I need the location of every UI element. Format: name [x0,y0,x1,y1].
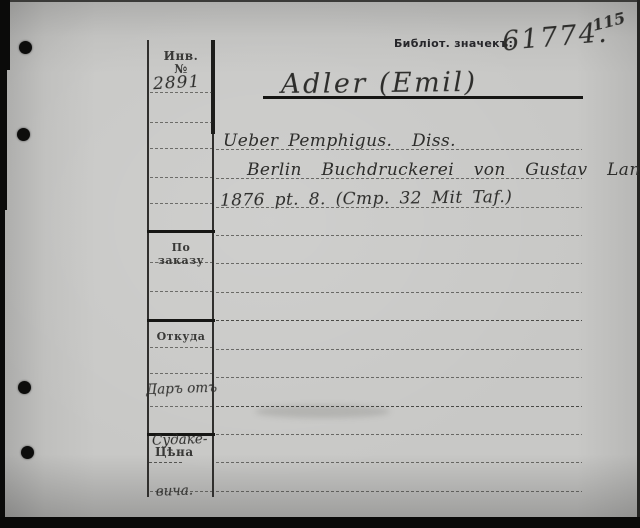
section-divider-bar [147,230,215,233]
ruled-line [150,122,212,123]
scan-edge-left [0,0,5,528]
scanned-catalog-card: 115 Библіот. значекъ: 61774. Adler (Emil… [0,0,640,528]
ruled-line [216,491,582,492]
ruled-line [216,178,582,179]
origin-note-line: Даръ отъ [146,380,213,399]
hole-punch [17,128,30,141]
hole-punch [19,41,32,54]
library-stamp-number: 61774. [501,17,610,57]
ruled-line [150,491,212,492]
origin-label: Откуда [148,330,214,343]
price-label: Цѣна [155,445,194,459]
ruled-line [150,203,212,204]
ruled-line [216,434,582,435]
section-divider-bar [147,319,215,322]
ink-smudge [255,405,390,418]
hole-punch [18,381,31,394]
ruled-line [150,148,212,149]
ruled-line [150,177,212,178]
inventory-label: Инв. [148,49,214,63]
order-label: По заказу [148,241,214,267]
ruled-line [216,149,582,150]
ruled-line [216,207,582,208]
ruled-line [150,291,212,292]
title-underline [263,96,583,99]
ruled-line [150,406,212,407]
ruled-line [150,92,212,93]
ruled-line [150,347,212,348]
ruled-line [149,462,183,463]
ruled-line [150,262,212,263]
scan-edge-top [0,0,640,2]
ruled-line [216,292,582,293]
library-stamp-label: Библіот. значекъ: [394,37,513,50]
scan-edge-bottom [0,517,640,528]
ruled-line [216,377,582,378]
ruled-line [216,462,582,463]
ruled-line [216,349,582,350]
ruled-line [150,373,212,374]
ruled-line [216,320,582,321]
hole-punch [21,446,34,459]
inventory-number: 2891 [153,72,201,94]
ruled-line [216,235,582,236]
ruled-line [216,406,582,407]
ruled-line [216,263,582,264]
